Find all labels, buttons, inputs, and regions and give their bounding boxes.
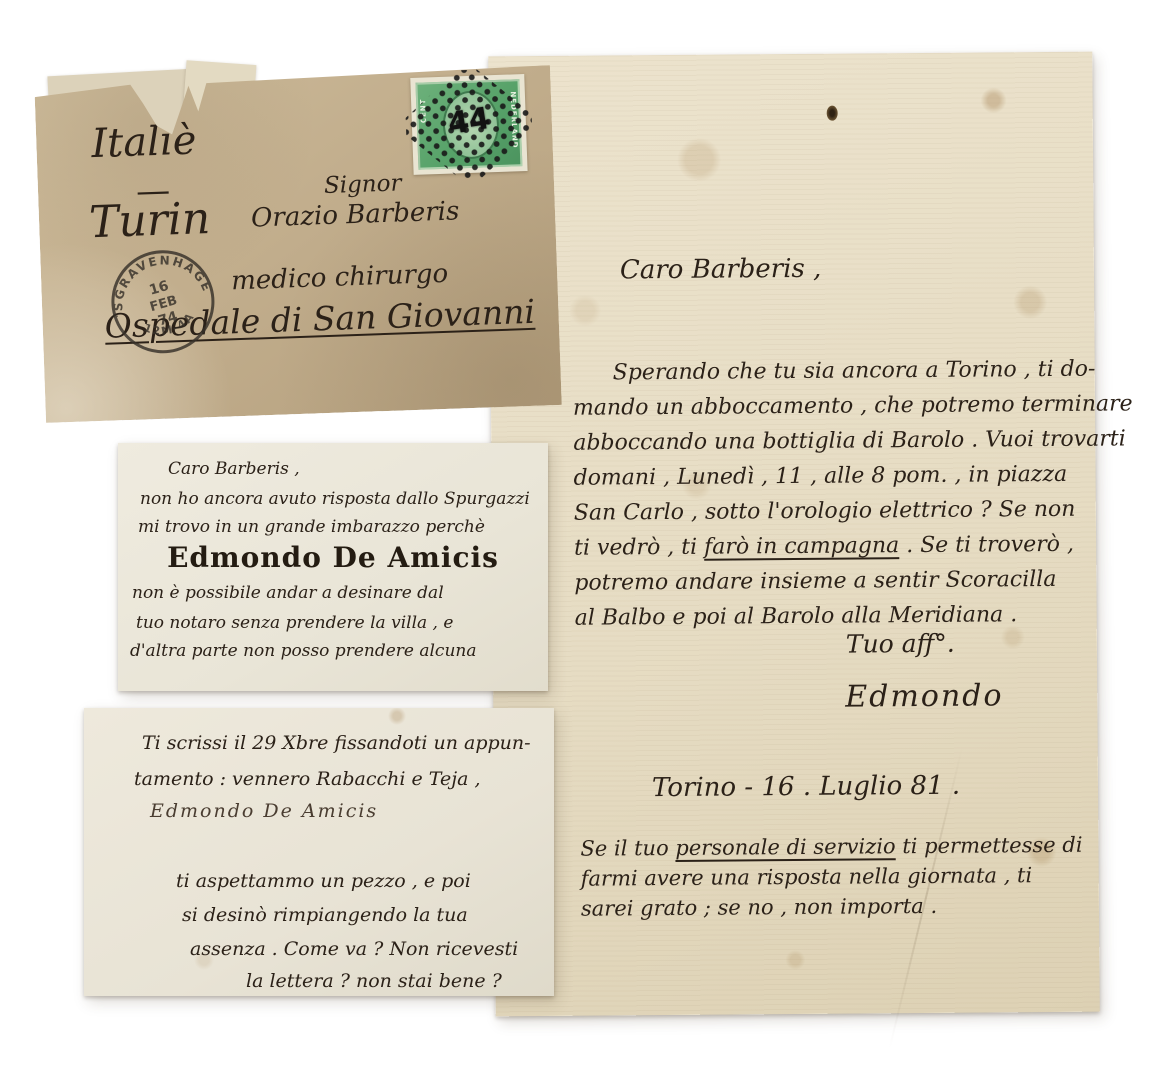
printed-name: Edmondo De Amicis — [150, 800, 378, 822]
handwritten-line: assenza . Come va ? Non ricevesti — [190, 938, 518, 960]
handwritten-line: non è possibile andar a desinare dal — [132, 583, 444, 603]
letter-closing: Tuo aff°. — [846, 629, 955, 659]
handwritten-line: Caro Barberis , — [168, 459, 300, 479]
letter-postscript: Se il tuo personale di servizio ti perme… — [580, 830, 1103, 924]
handwritten-line: sarei grato ; se no , non importa . — [581, 890, 1103, 924]
handwritten-letter: Caro Barberis , Sperando che tu sia anco… — [488, 52, 1100, 1017]
handwritten-line: farmi avere una risposta nella giornata … — [581, 860, 1103, 894]
handwritten-line: abboccando una bottiglia di Barolo . Vuo… — [573, 422, 1101, 461]
visiting-card-top: Caro Barberis , non ho ancora avuto risp… — [118, 443, 548, 691]
envelope-group: Italiè — Turin Signor Orazio Barberis me… — [34, 65, 562, 423]
handwritten-line: tamento : vennero Rabacchi e Teja , — [134, 768, 481, 790]
letter-signature: Edmondo — [845, 678, 1003, 714]
handwritten-line: si desinò rimpiangendo la tua — [182, 904, 468, 926]
handwritten-line: Se il tuo personale di servizio ti perme… — [580, 830, 1102, 864]
envelope-address-line: Signor — [324, 170, 402, 199]
handwritten-line: Sperando che tu sia ancora a Torino , ti… — [573, 352, 1101, 391]
paper-hole — [827, 106, 838, 121]
handwritten-line: mando un abboccamento , che potremo term… — [573, 387, 1101, 426]
postmark-stamp: 'SGRAVENHAGE 12M-4A 16 FEB 74 — [95, 234, 231, 370]
letter-body: Sperando che tu sia ancora a Torino , ti… — [573, 352, 1103, 636]
handwritten-line: ti aspettammo un pezzo , e poi — [176, 870, 471, 892]
envelope-country: Italiè — [91, 117, 198, 167]
handwritten-line: ti vedrò , ti farò in campagna . Se ti t… — [574, 527, 1102, 566]
postage-stamp: NEDERLAND CENT 44 — [410, 74, 527, 175]
handwritten-line: la lettera ? non stai bene ? — [246, 970, 502, 992]
photo-of-documents: Caro Barberis , Sperando che tu sia anco… — [0, 0, 1161, 1080]
handwritten-line: d'altra parte non posso prendere alcuna — [130, 641, 476, 661]
handwritten-line: San Carlo , sotto l'orologio elettrico ?… — [574, 492, 1102, 531]
envelope-address-line: medico chirurgo — [231, 259, 449, 297]
handwritten-line: potremo andare insieme a sentir Scoracil… — [574, 562, 1102, 601]
letter-dateline: Torino - 16 . Luglio 81 . — [652, 771, 960, 803]
handwritten-line: mi trovo in un grande imbarazzo perchè — [138, 517, 485, 537]
handwritten-line: Ti scrissi il 29 Xbre fissandoti un appu… — [142, 732, 531, 754]
handwritten-line: tuo notaro senza prendere la villa , e — [136, 613, 453, 633]
letter-salutation: Caro Barberis , — [620, 254, 822, 286]
envelope: Italiè — Turin Signor Orazio Barberis me… — [34, 65, 562, 423]
handwritten-line: al Balbo e poi al Barolo alla Meridiana … — [575, 597, 1103, 636]
handwritten-line: domani , Lunedì , 11 , alle 8 pom. , in … — [573, 457, 1101, 496]
printed-name: Edmondo De Amicis — [118, 541, 548, 574]
visiting-card-bottom: Ti scrissi il 29 Xbre fissandoti un appu… — [84, 708, 554, 996]
envelope-address-line: Orazio Barberis — [251, 196, 460, 233]
handwritten-line: non ho ancora avuto risposta dallo Spurg… — [140, 489, 530, 509]
